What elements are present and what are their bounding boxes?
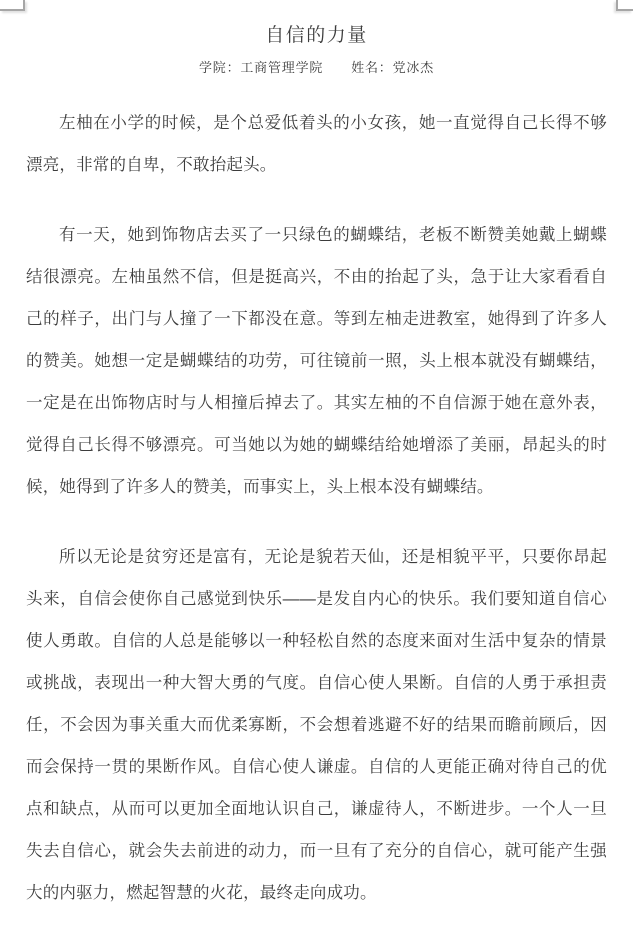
document-page: 自信的力量 学院：工商管理学院姓名：党冰杰 左柚在小学的时候，是个总爱低着头的小…: [0, 0, 633, 935]
essay-paragraph-2: 有一天，她到饰物店去买了一只绿色的蝴蝶结，老板不断赞美她戴上蝴蝶结很漂亮。左柚虽…: [26, 214, 607, 508]
essay-paragraph-1: 左柚在小学的时候，是个总爱低着头的小女孩，她一直觉得自己长得不够漂亮，非常的自卑…: [26, 102, 607, 186]
page-corner-top-right: [616, 0, 633, 11]
page-corner-top-left: [0, 0, 25, 11]
byline-author: 姓名：党冰杰: [351, 60, 434, 76]
essay-byline: 学院：工商管理学院姓名：党冰杰: [0, 60, 633, 76]
essay-paragraph-3: 所以无论是贫穷还是富有，无论是貌若天仙，还是相貌平平，只要你昂起头来，自信会使你…: [26, 536, 607, 914]
essay-body: 左柚在小学的时候，是个总爱低着头的小女孩，她一直觉得自己长得不够漂亮，非常的自卑…: [0, 102, 633, 914]
essay-title: 自信的力量: [0, 24, 633, 48]
byline-college: 学院：工商管理学院: [199, 60, 323, 75]
